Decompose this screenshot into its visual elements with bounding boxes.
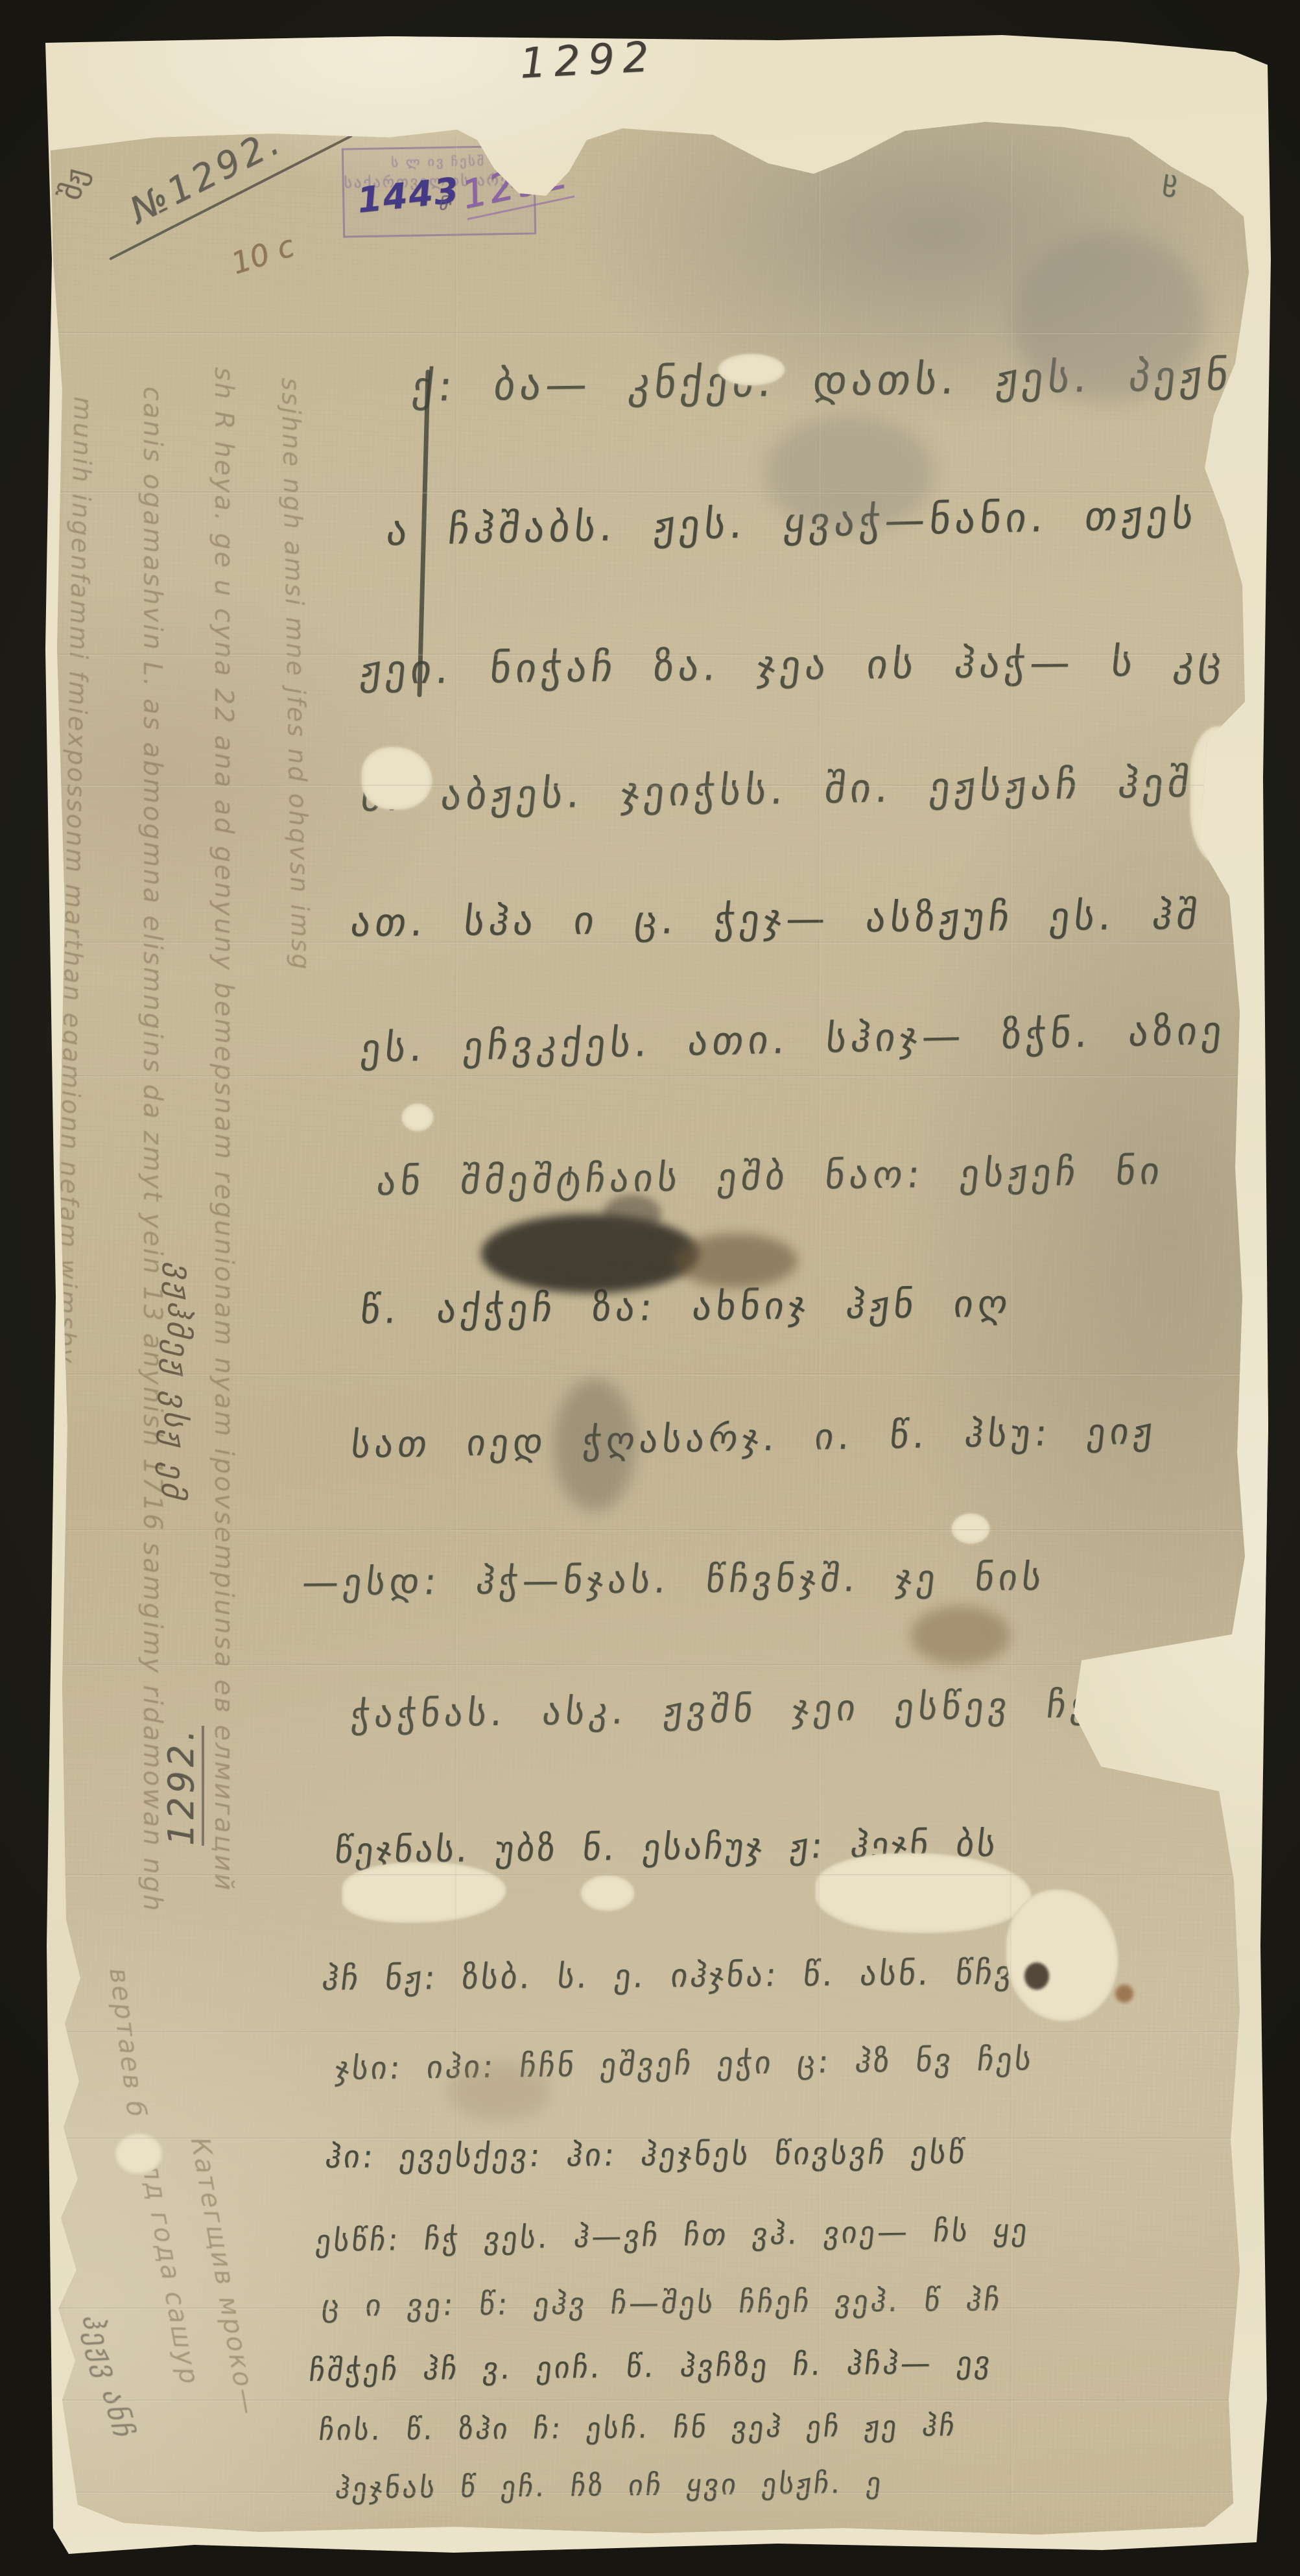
manuscript-text-line: ჰი: ევესქევ: ჰი: ჰეჯნეს წივსვჩ ესწ	[324, 2134, 969, 2175]
ink-blot-stain	[910, 1606, 1010, 1665]
fold-crease-vertical	[818, 136, 820, 2503]
side-inventory-number-rotated: 1292.	[161, 1726, 204, 1846]
paper-loss-hole	[581, 1876, 634, 1911]
manuscript-text-line: ჰჩ ნჟ: ზსბ. ს. ე. იჰჯნა: წ. ასნ. წჩვჩჰ ე…	[320, 1953, 1118, 1998]
fold-crease-horizontal	[58, 2400, 1245, 2402]
photo-of-manuscript: { "document": { "kind_note": "scan of a …	[0, 0, 1300, 2576]
fold-crease-horizontal	[58, 332, 1245, 334]
manuscript-text-line: ათ. სჰა ი ც. ჭეჯ— ასზჟუჩ ეს. ჰშ	[348, 893, 1204, 946]
paper-loss-hole	[952, 1514, 989, 1544]
ink-blot-stain	[1115, 1985, 1133, 2003]
ink-blot-stain	[1011, 233, 1206, 402]
manuscript-text-line: ჩის. წ. ზჰი ჩ: ესჩ. ჩნ ვეჰ ეჩ ჟე ჰჩ	[317, 2409, 959, 2447]
fold-crease-vertical	[455, 136, 457, 2503]
ink-blot-stain	[674, 1234, 798, 1288]
paper-loss-hole	[718, 354, 785, 385]
manuscript-text-line: —ესდ: ჰჭ—ნჯას. წჩვნჯშ. ჯე ნის	[300, 1556, 1048, 1604]
paper-loss-hole	[402, 1104, 433, 1131]
ink-blot-stain	[603, 1195, 661, 1234]
fold-crease-horizontal	[58, 785, 1245, 787]
ink-blot-stain	[1024, 1962, 1049, 1990]
fold-crease-vertical	[1010, 136, 1012, 2503]
manuscript-paper: №1292. 10 с ს ლ ივ ჩესშ საქართველოს არქე…	[0, 0, 1300, 2576]
margin-annotation-column: canis ogamashvin L. as abmogmna elismngi…	[137, 387, 167, 1913]
margin-annotation-column: sh R heya. ge u cyna 22 ana ad genyuny b…	[209, 367, 239, 1892]
fold-crease-horizontal	[58, 2031, 1245, 2033]
manuscript-text-line: ჟეი. ნიჭაჩ ზა. ჯეა ის ჰაჭ— ს კც	[358, 637, 1229, 693]
fold-crease-horizontal	[58, 492, 1245, 494]
fold-crease-horizontal	[58, 1664, 1245, 1666]
fold-crease-horizontal	[58, 2492, 1245, 2494]
fold-crease-horizontal	[58, 2308, 1245, 2309]
fold-crease-horizontal	[58, 1374, 1245, 1376]
fold-crease-horizontal	[58, 1529, 1245, 1531]
top-archival-number: 1292	[519, 33, 657, 88]
ink-blot-stain	[447, 2062, 551, 2121]
ink-blot-stain	[765, 415, 934, 532]
stamp-separator-letter: ნ·	[438, 195, 453, 214]
fold-crease-horizontal	[58, 654, 1245, 656]
fold-crease-horizontal	[58, 1075, 1245, 1077]
paper-loss-hole	[115, 2134, 162, 2174]
ink-blot-stain	[481, 1214, 699, 1293]
manuscript-text-line: ჰეჯნას წ ეჩ. ჩზ იჩ ყვი ესჟჩ. ე	[333, 2466, 885, 2505]
ink-blot-stain	[554, 1379, 635, 1511]
fold-crease-horizontal	[58, 942, 1245, 944]
fold-crease-horizontal	[58, 2138, 1245, 2140]
fold-crease-horizontal	[58, 1874, 1245, 1876]
manuscript-text-line: ც ი ვე: წ: ეჰვ ჩ—შეს ჩჩეჩ ვეჰ. წ ჰჩ	[320, 2282, 1004, 2323]
